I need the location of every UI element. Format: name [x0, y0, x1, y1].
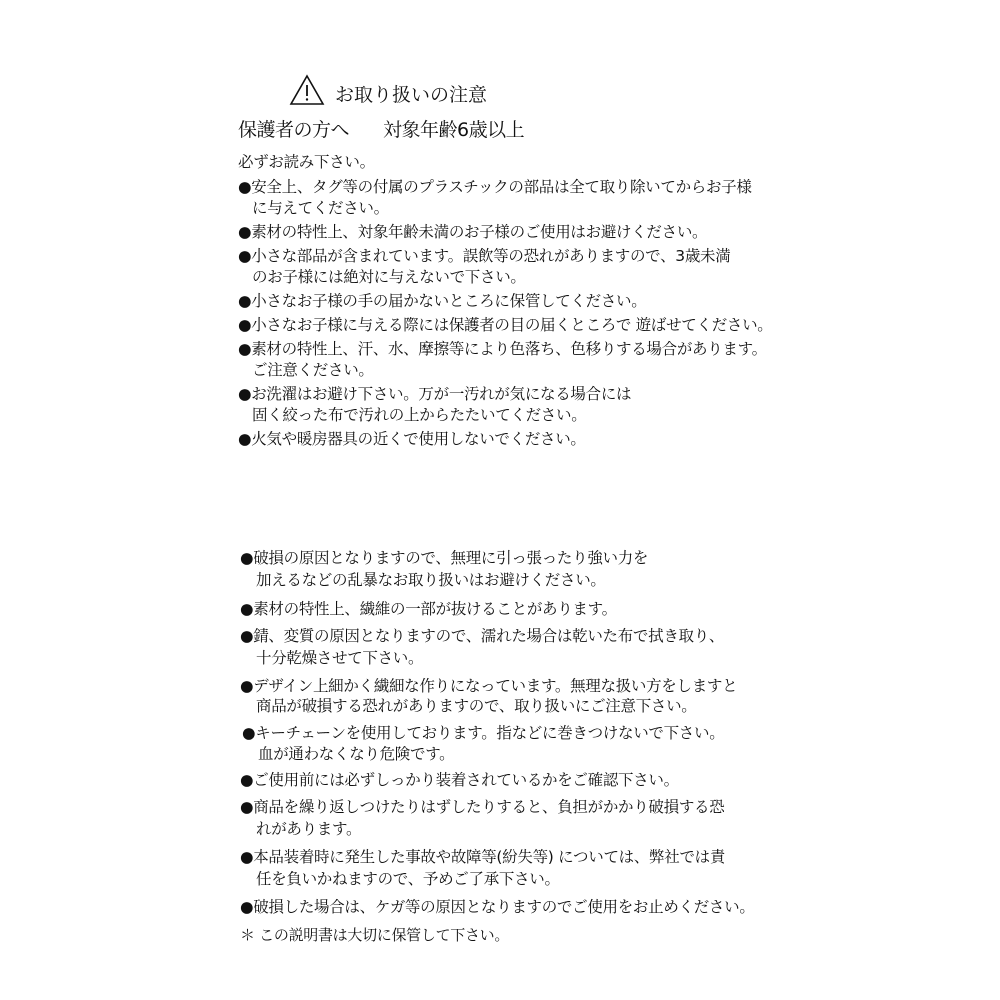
caution-line: ご注意ください。 [252, 360, 374, 380]
caution-line: ●キーチェーンを使用しております。指などに巻きつけないで下さい。 [242, 723, 724, 743]
caution-line: ●お洗濯はお避け下さい。万が一汚れが気になる場合には [238, 384, 631, 404]
caution-line: のお子様には絶対に与えないで下さい。 [252, 267, 526, 287]
audience-label: 保護者の方へ [238, 119, 349, 141]
caution-line: ●破損した場合は、ケガ等の原因となりますのでご使用をお止めください。 [240, 897, 755, 917]
caution-line: 十分乾燥させて下さい。 [256, 648, 423, 668]
caution-line: ●素材の特性上、汗、水、摩擦等により色落ち、色移りする場合があります。 [238, 339, 767, 359]
caution-line: ●安全上、タグ等の付属のプラスチックの部品は全て取り除いてからお子様 [238, 177, 752, 197]
caution-line: ●小さな部品が含まれています。誤飲等の恐れがありますので、3歳未満 [238, 246, 730, 266]
warning-triangle-icon [289, 74, 325, 106]
caution-line: ●小さなお子様の手の届かないところに保管してください。 [238, 291, 646, 311]
caution-line: ●小さなお子様に与える際には保護者の目の届くところで 遊ばせてください。 [238, 315, 773, 335]
caution-line: 商品が破損する恐れがありますので、取り扱いにご注意下さい。 [256, 696, 697, 716]
caution-line: 固く絞った布で汚れの上からたたいてください。 [252, 405, 586, 425]
caution-line: ●素材の特性上、対象年齢未満のお子様のご使用はお避けください。 [238, 222, 707, 242]
caution-line: 任を負いかねますので、予めご了承下さい。 [256, 869, 560, 889]
caution-line: ●ご使用前には必ずしっかり装着されているかをご確認下さい。 [240, 770, 679, 790]
caution-line: ●素材の特性上、繊維の一部が抜けることがあります。 [240, 599, 617, 619]
page-title: お取り扱いの注意 [335, 83, 487, 107]
subtitle: 保護者の方へ対象年齢6歳以上 [238, 118, 524, 142]
caution-line: ●本品装着時に発生した事故や故障等(紛失等) については、弊社では責 [240, 847, 725, 867]
caution-line: ●錆、変質の原因となりますので、濡れた場合は乾いた布で拭き取り、 [240, 626, 724, 646]
caution-line: ●デザイン上細かく繊細な作りになっています。無理な扱い方をしますと [240, 676, 737, 696]
caution-line: ●商品を繰り返しつけたりはずしたりすると、負担がかかり破損する恐 [240, 797, 724, 817]
intro-text: 必ずお読み下さい。 [238, 152, 375, 172]
footer-note: ＊ この説明書は大切に保管して下さい。 [240, 925, 509, 945]
age-target-label: 対象年齢6歳以上 [383, 119, 524, 141]
caution-line: に与えてください。 [252, 198, 389, 218]
caution-line: 血が通わなくなり危険です。 [258, 744, 454, 764]
caution-line: ●破損の原因となりますので、無理に引っ張ったり強い力を [240, 548, 648, 568]
caution-line: 加えるなどの乱暴なお取り扱いはお避けください。 [256, 570, 606, 590]
caution-line: ●火気や暖房器具の近くで使用しないでください。 [238, 429, 586, 449]
caution-line: れがあります。 [256, 819, 361, 839]
